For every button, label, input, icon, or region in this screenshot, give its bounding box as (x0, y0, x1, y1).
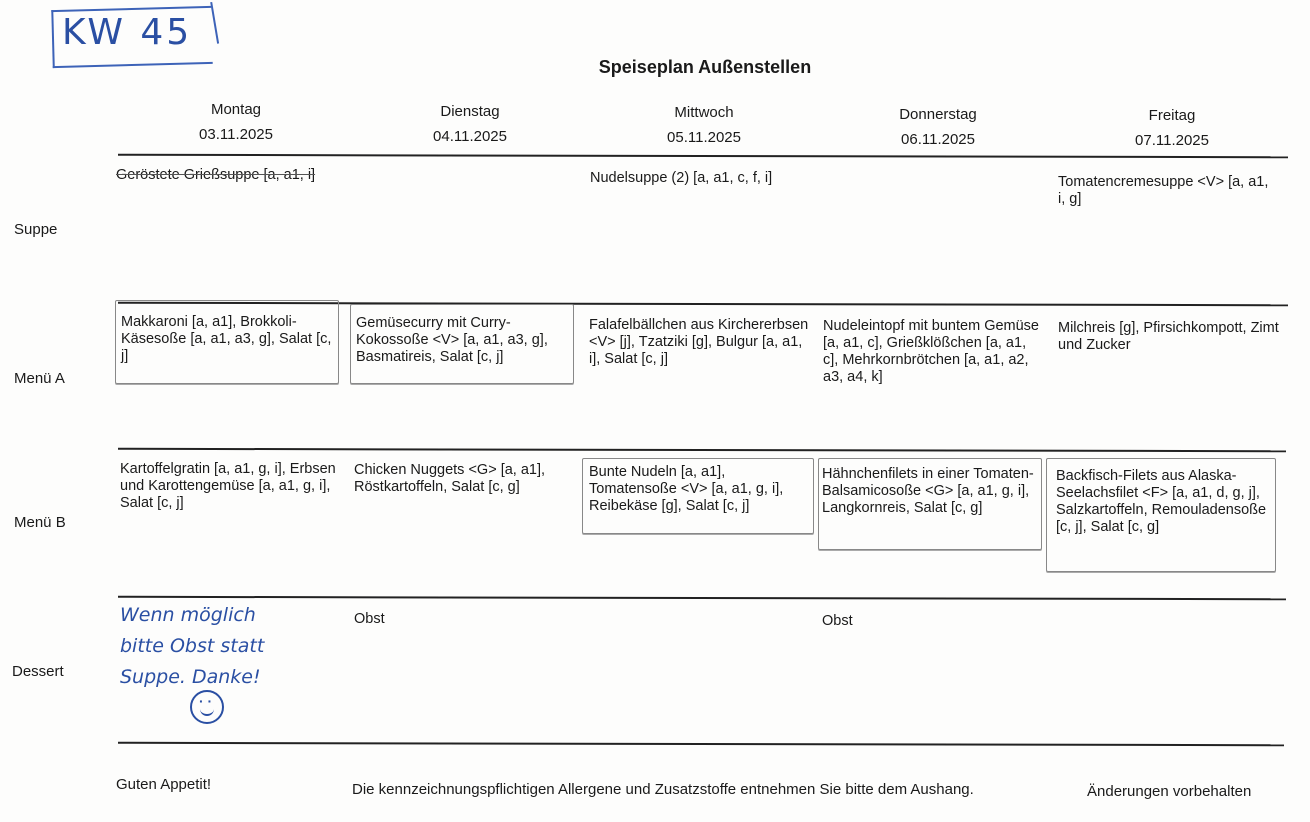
row-divider-menu-b (118, 448, 1286, 452)
row-label-menu-a: Menü A (14, 370, 65, 387)
page-title: Speiseplan Außenstellen (0, 57, 1310, 78)
menu-a-montag: Makkaroni [a, a1], Brokkoli-Käsesoße [a,… (121, 314, 336, 365)
menu-a-mittwoch: Falafelbällchen aus Kirchererbsen <V> [j… (589, 317, 814, 368)
row-label-menu-b: Menü B (14, 514, 66, 531)
footer-left: Guten Appetit! (116, 776, 211, 793)
menu-b-montag: Kartoffelgratin [a, a1, g, i], Erbsen un… (120, 461, 345, 512)
dessert-dienstag: Obst (354, 611, 574, 628)
day-date: 04.11.2025 (370, 128, 570, 145)
row-label-suppe: Suppe (14, 221, 57, 238)
footer-right: Änderungen vorbehalten (1087, 783, 1251, 800)
menu-b-mittwoch: Bunte Nudeln [a, a1], Tomatensoße <V> [a… (589, 464, 811, 515)
note-line: Suppe. Danke! (120, 662, 264, 693)
row-divider-dessert (118, 596, 1286, 600)
day-date: 07.11.2025 (1072, 132, 1272, 149)
day-date: 06.11.2025 (838, 131, 1038, 148)
menu-b-freitag: Backfisch-Filets aus Alaska-Seelachsfile… (1056, 468, 1270, 536)
day-name: Mittwoch (674, 104, 733, 121)
menu-a-freitag: Milchreis [g], Pfirsichkompott, Zimt und… (1058, 320, 1280, 354)
day-name: Freitag (1149, 107, 1196, 124)
menu-a-dienstag: Gemüsecurry mit Curry-Kokossoße <V> [a, … (356, 315, 574, 366)
handwritten-note: Wenn möglich bitte Obst statt Suppe. Dan… (120, 600, 264, 693)
note-line: Wenn möglich (120, 600, 264, 631)
day-date: 03.11.2025 (136, 126, 336, 143)
footer-divider (118, 742, 1284, 746)
menu-b-dienstag: Chicken Nuggets <G> [a, a1], Röstkartoff… (354, 462, 579, 496)
day-header-mittwoch: Mittwoch 05.11.2025 (604, 104, 804, 146)
suppe-montag: Geröstete Grießsuppe [a, a1, i] (116, 167, 356, 184)
day-header-freitag: Freitag 07.11.2025 (1072, 107, 1272, 149)
day-date: 05.11.2025 (604, 129, 804, 146)
header-divider (118, 154, 1288, 158)
footer-center: Die kennzeichnungspflichtigen Allergene … (352, 781, 974, 798)
suppe-freitag: Tomatencremesuppe <V> [a, a1, i, g] (1058, 174, 1273, 208)
note-line: bitte Obst statt (120, 631, 264, 662)
day-name: Donnerstag (899, 106, 977, 123)
week-annotation: KW 45 (62, 12, 192, 53)
day-header-dienstag: Dienstag 04.11.2025 (370, 103, 570, 145)
menu-a-donnerstag: Nudeleintopf mit buntem Gemüse [a, a1, c… (823, 318, 1043, 386)
day-name: Dienstag (440, 103, 499, 120)
suppe-mittwoch: Nudelsuppe (2) [a, a1, c, f, i] (590, 170, 810, 187)
smiley-icon (190, 690, 224, 724)
day-header-donnerstag: Donnerstag 06.11.2025 (838, 106, 1038, 148)
day-name: Montag (211, 101, 261, 118)
dessert-donnerstag: Obst (822, 613, 1042, 630)
row-label-dessert: Dessert (12, 663, 64, 680)
menu-b-donnerstag: Hähnchenfilets in einer Tomaten-Balsamic… (822, 466, 1047, 517)
day-header-montag: Montag 03.11.2025 (136, 101, 336, 143)
